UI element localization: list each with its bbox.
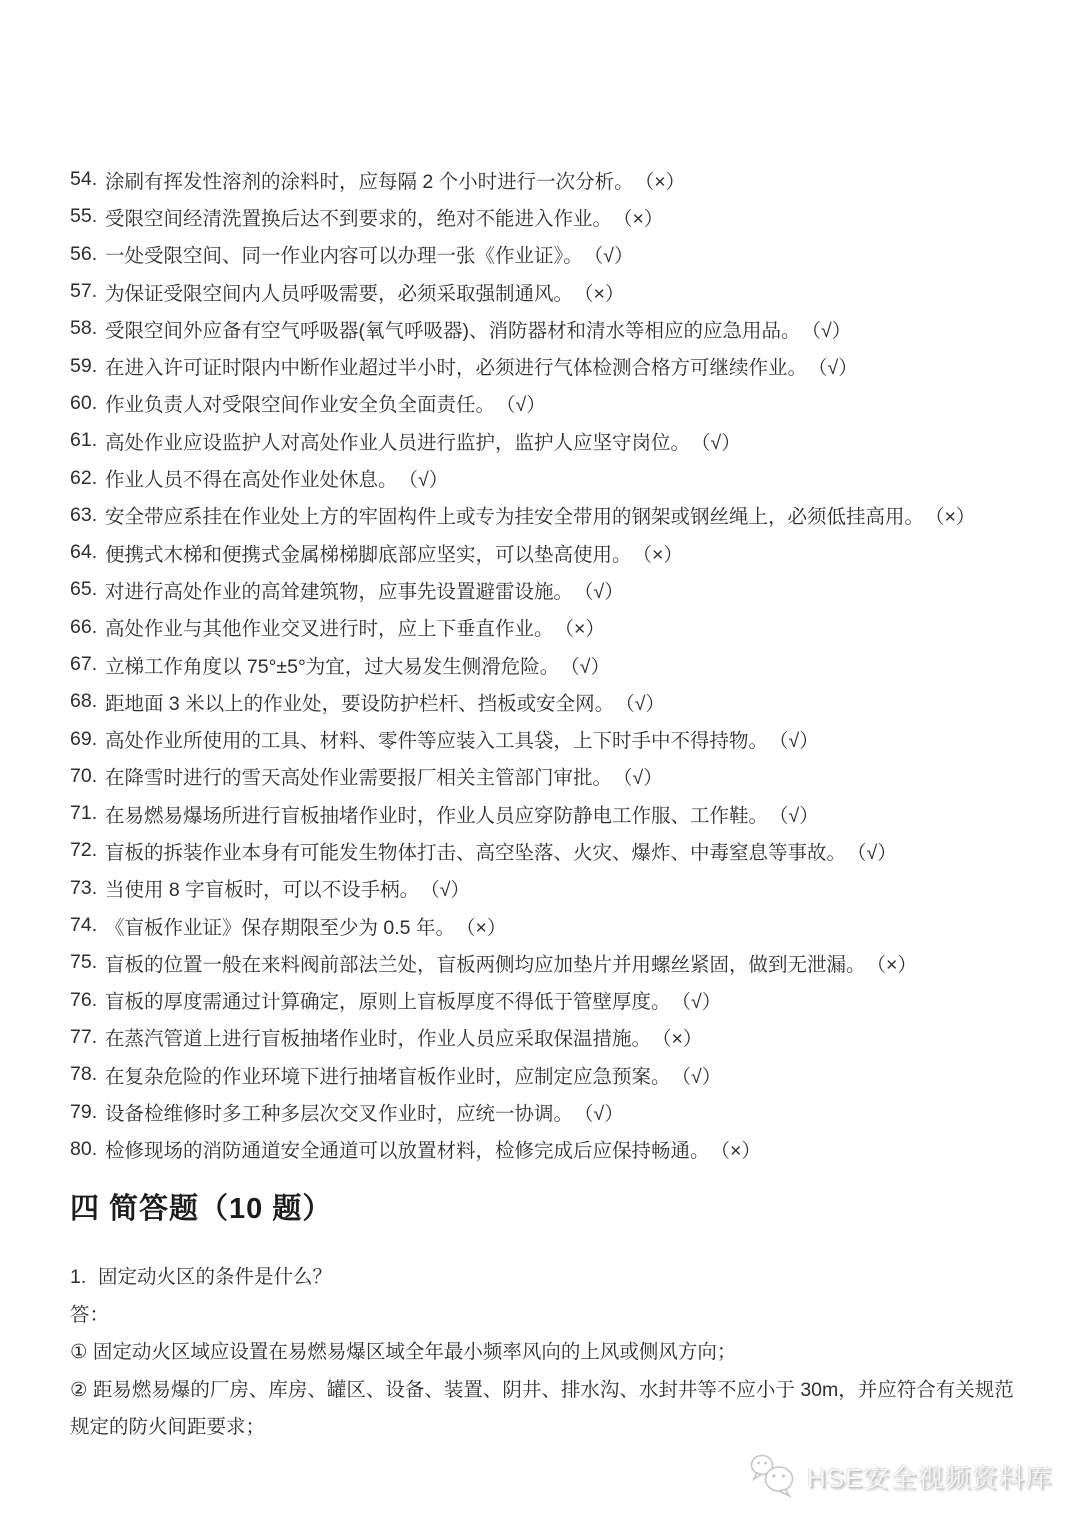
- question-item: 67.立梯工作角度以 75°±5°为宜，过大易发生侧滑危险。（√）: [70, 646, 1025, 683]
- question-text: 《盲板作业证》保存期限至少为 0.5 年。: [105, 912, 455, 940]
- answer-mark: （√）: [420, 874, 470, 902]
- answer-mark: （√）: [560, 651, 610, 679]
- answer-mark: （√）: [808, 352, 858, 380]
- question-text: 为保证受限空间内人员呼吸需要，必须采取强制通风。: [105, 278, 573, 306]
- question-item: 77.在蒸汽管道上进行盲板抽堵作业时，作业人员应采取保温措施。（×）: [70, 1019, 1025, 1056]
- watermark-text: HSE安全视频资料库: [807, 1458, 1052, 1495]
- answer-mark: （×）: [456, 912, 506, 940]
- watermark: HSE安全视频资料库: [748, 1452, 1052, 1500]
- answer-mark: （×）: [867, 949, 917, 977]
- question-number: 56.: [70, 243, 105, 266]
- question-item: 75.盲板的位置一般在来料阀前部法兰处，盲板两侧均应加垫片并用螺丝紧固，做到无泄…: [70, 944, 1025, 981]
- question-text: 设备检维修时多工种多层次交叉作业时，应统一协调。: [105, 1098, 573, 1126]
- question-text: 固定动火区的条件是什么？: [98, 1259, 332, 1297]
- section-heading: 四 简答题（10 题）: [70, 1186, 332, 1227]
- answer-mark: （√）: [613, 762, 663, 790]
- question-text: 便携式木梯和便携式金属梯梯脚底部应坚实，可以垫高使用。: [105, 539, 632, 567]
- question-number: 63.: [70, 504, 105, 527]
- short-answer-block: 1. 固定动火区的条件是什么？ 答： ① 固定动火区域应设置在易燃易爆区域全年最…: [70, 1259, 1018, 1447]
- question-item: 57.为保证受限空间内人员呼吸需要，必须采取强制通风。（×）: [70, 273, 1025, 310]
- true-false-question-list: 54.涂刷有挥发性溶剂的涂料时，应每隔 2 个小时进行一次分析。（×）55.受限…: [70, 161, 1025, 1168]
- question-text: 受限空间外应备有空气呼吸器(氧气呼吸器)、消防器材和清水等相应的应急用品。: [105, 315, 801, 343]
- question-number: 60.: [70, 392, 105, 415]
- question-item: 79.设备检维修时多工种多层次交叉作业时，应统一协调。（√）: [70, 1093, 1025, 1130]
- answer-mark: （×）: [635, 166, 685, 194]
- question-number: 71.: [70, 802, 105, 825]
- question-item: 56.一处受限空间、同一作业内容可以办理一张《作业证》。（√）: [70, 236, 1025, 273]
- question-text: 立梯工作角度以 75°±5°为宜，过大易发生侧滑危险。: [105, 651, 559, 679]
- question-text: 作业负责人对受限空间作业安全负全面责任。: [105, 389, 495, 417]
- question-number: 78.: [70, 1063, 105, 1086]
- question-item: 78.在复杂危险的作业环境下进行抽堵盲板作业时，应制定应急预案。（√）: [70, 1056, 1025, 1093]
- question-text: 盲板的位置一般在来料阀前部法兰处，盲板两侧均应加垫片并用螺丝紧固，做到无泄漏。: [105, 949, 866, 977]
- question-item: 73.当使用 8 字盲板时，可以不设手柄。（√）: [70, 870, 1025, 907]
- answer-mark: （×）: [633, 539, 683, 567]
- question-item: 68.距地面 3 米以上的作业处，要设防护栏杆、挡板或安全网。（√）: [70, 683, 1025, 720]
- question-item: 76.盲板的厚度需通过计算确定，原则上盲板厚度不得低于管壁厚度。（√）: [70, 982, 1025, 1019]
- question-number: 79.: [70, 1101, 105, 1124]
- question-item: 80.检修现场的消防通道安全通道可以放置材料，检修完成后应保持畅通。（×）: [70, 1131, 1025, 1168]
- answer-mark: （√）: [802, 315, 852, 343]
- question-item: 59.在进入许可证时限内中断作业超过半小时，必须进行气体检测合格方可继续作业。（…: [70, 347, 1025, 384]
- question-number: 74.: [70, 914, 105, 937]
- question-text: 高处作业应设监护人对高处作业人员进行监护，监护人应坚守岗位。: [105, 427, 690, 455]
- question-item: 65.对进行高处作业的高耸建筑物，应事先设置避雷设施。（√）: [70, 571, 1025, 608]
- answer-mark: （√）: [672, 986, 722, 1014]
- question-item: 72.盲板的拆装作业本身有可能发生物体打击、高空坠落、火灾、爆炸、中毒窒息等事故…: [70, 832, 1025, 869]
- question-number: 57.: [70, 280, 105, 303]
- answer-mark: （√）: [574, 576, 624, 604]
- question-text: 一处受限空间、同一作业内容可以办理一张《作业证》。: [105, 240, 583, 268]
- question-number: 54.: [70, 168, 105, 191]
- question-text: 受限空间经清洗置换后达不到要求的，绝对不能进入作业。: [105, 203, 612, 231]
- answer-mark: （×）: [555, 613, 605, 641]
- document-page: 54.涂刷有挥发性溶剂的涂料时，应每隔 2 个小时进行一次分析。（×）55.受限…: [0, 0, 1080, 1528]
- question-number: 1.: [70, 1259, 98, 1297]
- question-text: 当使用 8 字盲板时，可以不设手柄。: [105, 874, 419, 902]
- question-item: 66.高处作业与其他作业交叉进行时，应上下垂直作业。（×）: [70, 609, 1025, 646]
- question-text: 盲板的拆装作业本身有可能发生物体打击、高空坠落、火灾、爆炸、中毒窒息等事故。: [105, 837, 846, 865]
- question-number: 67.: [70, 653, 105, 676]
- question-text: 高处作业与其他作业交叉进行时，应上下垂直作业。: [105, 613, 554, 641]
- answer-mark: （√）: [769, 725, 819, 753]
- question-number: 80.: [70, 1138, 105, 1161]
- question-item: 71.在易燃易爆场所进行盲板抽堵作业时，作业人员应穿防静电工作服、工作鞋。（√）: [70, 795, 1025, 832]
- answer-point: ① 固定动火区域应设置在易燃易爆区域全年最小频率风向的上风或侧风方向；: [70, 1334, 1018, 1372]
- question-number: 70.: [70, 765, 105, 788]
- question-number: 61.: [70, 429, 105, 452]
- question-number: 59.: [70, 355, 105, 378]
- question-number: 55.: [70, 205, 105, 228]
- question-item: 63.安全带应系挂在作业处上方的牢固构件上或专为挂安全带用的钢架或钢丝绳上，必须…: [70, 497, 1025, 534]
- question-number: 66.: [70, 616, 105, 639]
- question-number: 69.: [70, 728, 105, 751]
- question-item: 64.便携式木梯和便携式金属梯梯脚底部应坚实，可以垫高使用。（×）: [70, 534, 1025, 571]
- question-item: 62.作业人员不得在高处作业处休息。（√）: [70, 459, 1025, 496]
- wechat-icon: [748, 1452, 798, 1500]
- answer-label: 答：: [70, 1297, 1018, 1335]
- question-number: 72.: [70, 839, 105, 862]
- answer-mark: （×）: [711, 1135, 761, 1163]
- question-number: 77.: [70, 1026, 105, 1049]
- question-number: 76.: [70, 989, 105, 1012]
- question-text: 作业人员不得在高处作业处休息。: [105, 464, 398, 492]
- answer-mark: （×）: [652, 1023, 702, 1051]
- answer-point: ② 距易燃易爆的厂房、库房、罐区、设备、装置、阴井、排水沟、水封井等不应小于 3…: [70, 1372, 1018, 1447]
- question-number: 65.: [70, 578, 105, 601]
- question-item: 74.《盲板作业证》保存期限至少为 0.5 年。（×）: [70, 907, 1025, 944]
- answer-mark: （√）: [691, 427, 741, 455]
- question-number: 64.: [70, 541, 105, 564]
- answer-mark: （×）: [613, 203, 663, 231]
- question-text: 在易燃易爆场所进行盲板抽堵作业时，作业人员应穿防静电工作服、工作鞋。: [105, 800, 768, 828]
- question-text: 在复杂危险的作业环境下进行抽堵盲板作业时，应制定应急预案。: [105, 1061, 671, 1089]
- question-text: 安全带应系挂在作业处上方的牢固构件上或专为挂安全带用的钢架或钢丝绳上，必须低挂高…: [105, 501, 924, 529]
- answer-mark: （√）: [615, 688, 665, 716]
- question-text: 在蒸汽管道上进行盲板抽堵作业时，作业人员应采取保温措施。: [105, 1023, 651, 1051]
- question-text: 检修现场的消防通道安全通道可以放置材料，检修完成后应保持畅通。: [105, 1135, 710, 1163]
- question-item: 60.作业负责人对受限空间作业安全负全面责任。（√）: [70, 385, 1025, 422]
- question-number: 73.: [70, 877, 105, 900]
- answer-mark: （√）: [584, 240, 634, 268]
- question-text: 在降雪时进行的雪天高处作业需要报厂相关主管部门审批。: [105, 762, 612, 790]
- question-item: 69.高处作业所使用的工具、材料、零件等应装入工具袋，上下时手中不得持物。（√）: [70, 720, 1025, 757]
- short-answer-question: 1. 固定动火区的条件是什么？: [70, 1259, 1018, 1297]
- answer-mark: （×）: [574, 278, 624, 306]
- answer-mark: （√）: [847, 837, 897, 865]
- question-text: 涂刷有挥发性溶剂的涂料时，应每隔 2 个小时进行一次分析。: [105, 166, 634, 194]
- answer-mark: （√）: [496, 389, 546, 417]
- question-item: 54.涂刷有挥发性溶剂的涂料时，应每隔 2 个小时进行一次分析。（×）: [70, 161, 1025, 198]
- answer-mark: （√）: [672, 1061, 722, 1089]
- question-item: 61.高处作业应设监护人对高处作业人员进行监护，监护人应坚守岗位。（√）: [70, 422, 1025, 459]
- question-number: 68.: [70, 690, 105, 713]
- answer-mark: （√）: [769, 800, 819, 828]
- answer-mark: （√）: [574, 1098, 624, 1126]
- question-text: 高处作业所使用的工具、材料、零件等应装入工具袋，上下时手中不得持物。: [105, 725, 768, 753]
- question-number: 75.: [70, 951, 105, 974]
- question-text: 盲板的厚度需通过计算确定，原则上盲板厚度不得低于管壁厚度。: [105, 986, 671, 1014]
- question-item: 58.受限空间外应备有空气呼吸器(氧气呼吸器)、消防器材和清水等相应的应急用品。…: [70, 310, 1025, 347]
- question-number: 58.: [70, 317, 105, 340]
- answer-mark: （√）: [399, 464, 449, 492]
- question-item: 55.受限空间经清洗置换后达不到要求的，绝对不能进入作业。（×）: [70, 198, 1025, 235]
- question-item: 70.在降雪时进行的雪天高处作业需要报厂相关主管部门审批。（√）: [70, 758, 1025, 795]
- question-text: 在进入许可证时限内中断作业超过半小时，必须进行气体检测合格方可继续作业。: [105, 352, 807, 380]
- question-text: 对进行高处作业的高耸建筑物，应事先设置避雷设施。: [105, 576, 573, 604]
- question-number: 62.: [70, 467, 105, 490]
- answer-mark: （×）: [925, 501, 975, 529]
- question-text: 距地面 3 米以上的作业处，要设防护栏杆、挡板或安全网。: [105, 688, 614, 716]
